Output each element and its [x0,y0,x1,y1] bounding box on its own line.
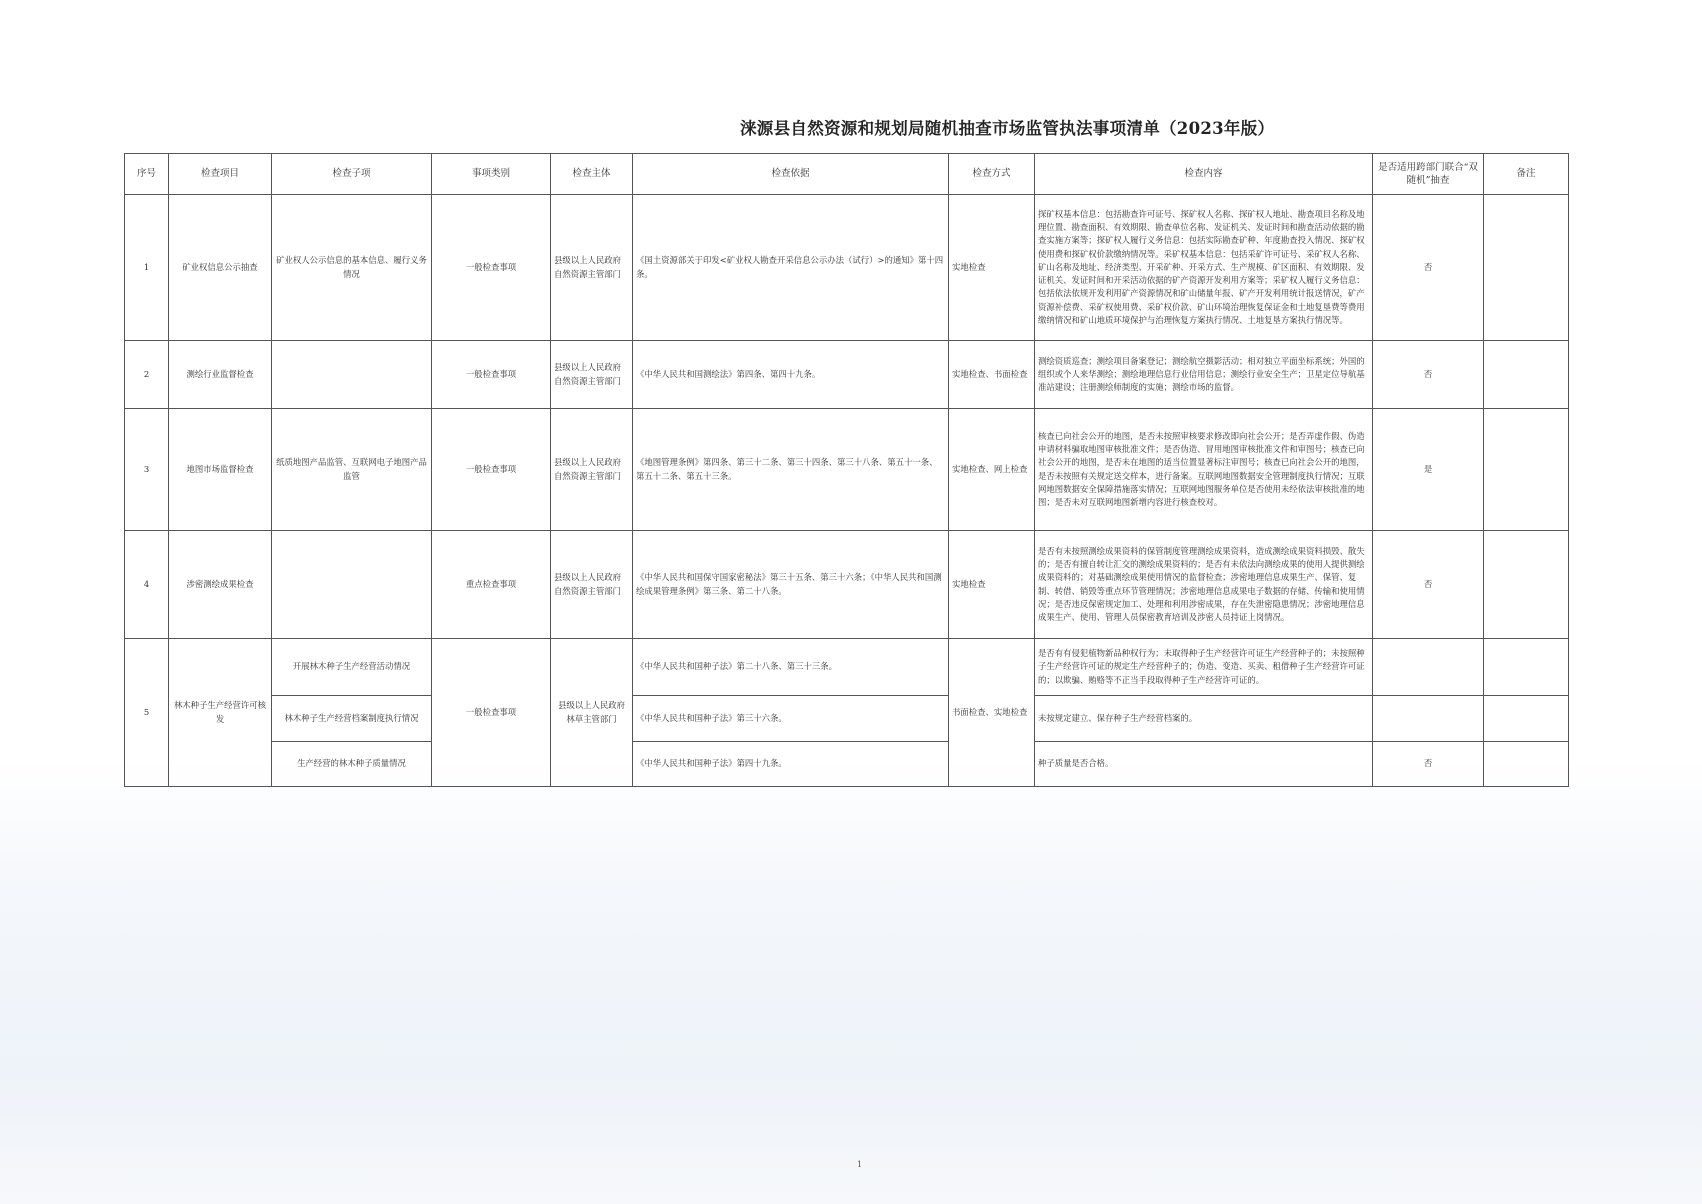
header-item: 检查项目 [169,154,272,195]
table-row: 生产经营的林木种子质量情况 《中华人民共和国种子法》第四十九条。 种子质量是否合… [125,742,1569,787]
cell-content: 种子质量是否合格。 [1035,742,1373,787]
cell-method: 实地检查 [949,531,1035,639]
cell-no: 1 [125,195,169,341]
cell-content: 测绘资质巡查；测绘项目备案登记；测绘航空摄影活动；相对独立平面坐标系统；外国的组… [1035,341,1373,409]
cell-sub: 林木种子生产经营档案制度执行情况 [272,696,432,742]
cell-remark [1484,195,1569,341]
cell-basis: 《中华人民共和国种子法》第四十九条。 [633,742,949,787]
page-title: 涞源县自然资源和规划局随机抽查市场监管执法事项清单（2023年版） [740,115,1300,139]
cell-joint: 是 [1373,409,1484,531]
cell-category: 一般检查事项 [432,195,551,341]
cell-sub [272,341,432,409]
cell-joint: 否 [1373,531,1484,639]
cell-category: 重点检查事项 [432,531,551,639]
cell-joint: 否 [1373,341,1484,409]
cell-no: 5 [125,639,169,787]
table-row: 2 测绘行业监督检查 一般检查事项 县级以上人民政府自然资源主管部门 《中华人民… [125,341,1569,409]
cell-subject: 县级以上人民政府林草主管部门 [551,639,633,787]
header-category: 事项类别 [432,154,551,195]
cell-item: 测绘行业监督检查 [169,341,272,409]
cell-basis: 《中华人民共和国保守国家密秘法》第三十五条、第三十六条；《中华人民共和国测绘成果… [633,531,949,639]
header-content: 检查内容 [1035,154,1373,195]
table-row: 5 林木种子生产经营许可核发 开展林木种子生产经营活动情况 一般检查事项 县级以… [125,639,1569,696]
cell-basis: 《中华人民共和国种子法》第二十八条、第三十三条。 [633,639,949,696]
cell-category: 一般检查事项 [432,341,551,409]
cell-method: 书面检查、实地检查 [949,639,1035,787]
header-joint: 是否适用跨部门联合“双随机”抽查 [1373,154,1484,195]
cell-basis: 《地图管理条例》第四条、第三十二条、第三十四条、第三十八条、第五十一条、第五十二… [633,409,949,531]
cell-remark [1484,409,1569,531]
cell-remark [1484,639,1569,696]
cell-remark [1484,531,1569,639]
cell-item: 地图市场监督检查 [169,409,272,531]
cell-no: 4 [125,531,169,639]
cell-joint: 否 [1373,742,1484,787]
table-row: 1 矿业权信息公示抽查 矿业权人公示信息的基本信息、履行义务情况 一般检查事项 … [125,195,1569,341]
cell-no: 3 [125,409,169,531]
cell-item: 涉密测绘成果检查 [169,531,272,639]
header-method: 检查方式 [949,154,1035,195]
cell-category: 一般检查事项 [432,409,551,531]
cell-remark [1484,742,1569,787]
cell-subject: 县级以上人民政府自然资源主管部门 [551,341,633,409]
cell-item: 林木种子生产经营许可核发 [169,639,272,787]
header-subject: 检查主体 [551,154,633,195]
cell-content: 未按规定建立、保存种子生产经营档案的。 [1035,696,1373,742]
header-basis: 检查依据 [633,154,949,195]
cell-subject: 县级以上人民政府自然资源主管部门 [551,531,633,639]
cell-content: 是否有未按照测绘成果资料的保管制度管理测绘成果资料，造成测绘成果资料损毁、散失的… [1035,531,1373,639]
page-background [0,760,1702,1204]
cell-joint: 否 [1373,195,1484,341]
cell-method: 实地检查、书面检查 [949,341,1035,409]
table-row: 林木种子生产经营档案制度执行情况 《中华人民共和国种子法》第三十六条。 未按规定… [125,696,1569,742]
inspection-items-table: 序号 检查项目 检查子项 事项类别 检查主体 检查依据 检查方式 检查内容 是否… [124,153,1569,787]
cell-basis: 《中华人民共和国测绘法》第四条、第四十九条。 [633,341,949,409]
cell-content: 是否有有侵犯植物新品种权行为；未取得种子生产经营许可证生产经营种子的；未按照种子… [1035,639,1373,696]
cell-sub [272,531,432,639]
cell-sub: 生产经营的林木种子质量情况 [272,742,432,787]
cell-content: 核查已向社会公开的地图，是否未按照审核要求修改即向社会公开；是否弄虚作假、伪造申… [1035,409,1373,531]
table-header-row: 序号 检查项目 检查子项 事项类别 检查主体 检查依据 检查方式 检查内容 是否… [125,154,1569,195]
cell-sub: 矿业权人公示信息的基本信息、履行义务情况 [272,195,432,341]
cell-content: 探矿权基本信息：包括勘查许可证号、探矿权人名称、探矿权人地址、勘查项目名称及地理… [1035,195,1373,341]
cell-method: 实地检查 [949,195,1035,341]
cell-remark [1484,341,1569,409]
header-remark: 备注 [1484,154,1569,195]
header-no: 序号 [125,154,169,195]
cell-method: 实地检查、网上检查 [949,409,1035,531]
cell-category: 一般检查事项 [432,639,551,787]
cell-basis: 《中华人民共和国种子法》第三十六条。 [633,696,949,742]
table-row: 3 地图市场监督检查 纸质地图产品监管、互联网电子地图产品监管 一般检查事项 县… [125,409,1569,531]
cell-remark [1484,696,1569,742]
cell-item: 矿业权信息公示抽查 [169,195,272,341]
cell-sub: 开展林木种子生产经营活动情况 [272,639,432,696]
cell-joint [1373,639,1484,696]
header-sub: 检查子项 [272,154,432,195]
table-row: 4 涉密测绘成果检查 重点检查事项 县级以上人民政府自然资源主管部门 《中华人民… [125,531,1569,639]
cell-subject: 县级以上人民政府自然资源主管部门 [551,409,633,531]
cell-basis: 《国土资源部关于印发<矿业权人勘查开采信息公示办法（试行）>的通知》第十四条。 [633,195,949,341]
cell-subject: 县级以上人民政府自然资源主管部门 [551,195,633,341]
cell-no: 2 [125,341,169,409]
cell-sub: 纸质地图产品监管、互联网电子地图产品监管 [272,409,432,531]
page-number: 1 [857,1160,862,1169]
cell-joint [1373,696,1484,742]
